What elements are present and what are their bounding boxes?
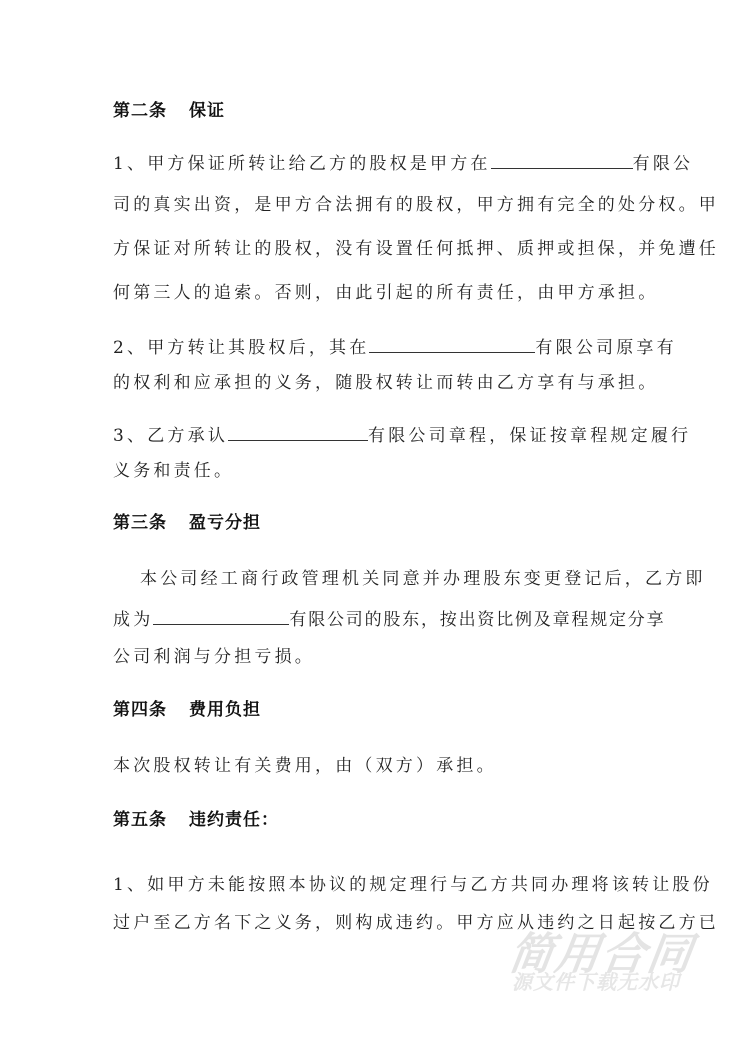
- clause-line: 1、如甲方未能按照本协议的规定理行与乙方共同办理将该转让股份: [113, 874, 631, 896]
- section-title: 盈亏分担: [189, 513, 261, 533]
- section-number: 第二条: [113, 101, 167, 121]
- section-number: 第四条: [113, 700, 167, 720]
- clause-text: 成为: [113, 610, 153, 630]
- clause-text: 2、甲方转让其股权后，其在: [113, 338, 369, 358]
- clause-line: 公司利润与分担亏损。: [113, 646, 631, 668]
- section-heading-3: 第三条盈亏分担: [113, 512, 261, 534]
- fill-in-blank-company[interactable]: [153, 606, 289, 625]
- section-title: 费用负担: [189, 700, 261, 720]
- clause-line: 成为有限公司的股东，按出资比例及章程规定分享: [113, 606, 631, 631]
- clause-line: 1、甲方保证所转让给乙方的股权是甲方在有限公: [113, 150, 631, 175]
- fill-in-blank-company[interactable]: [491, 150, 633, 169]
- clause-text: 有限公司原享有: [535, 338, 676, 358]
- section-title: 违约责任：: [189, 810, 279, 830]
- clause-line: 司的真实出资，是甲方合法拥有的股权，甲方拥有完全的处分权。甲: [113, 194, 631, 216]
- clause-line: 本次股权转让有关费用，由（双方）承担。: [113, 755, 631, 777]
- clause-line: 3、乙方承认有限公司章程，保证按章程规定履行: [113, 422, 631, 447]
- watermark-tagline: 源文件下载无水印: [512, 966, 680, 995]
- document-page: 第二条保证 1、甲方保证所转让给乙方的股权是甲方在有限公 司的真实出资，是甲方合…: [0, 0, 742, 1049]
- clause-line: 2、甲方转让其股权后，其在有限公司原享有: [113, 334, 631, 359]
- clause-line: 义务和责任。: [113, 460, 631, 482]
- fill-in-blank-company[interactable]: [228, 422, 368, 441]
- clause-text: 有限公司章程，保证按章程规定履行: [368, 426, 691, 446]
- clause-text: 3、乙方承认: [113, 426, 228, 446]
- clause-line: 本公司经工商行政管理机关同意并办理股东变更登记后，乙方即: [140, 568, 631, 590]
- clause-text: 1、甲方保证所转让给乙方的股权是甲方在: [113, 154, 491, 174]
- section-number: 第三条: [113, 513, 167, 533]
- clause-text: 有限公司的股东，按出资比例及章程规定分享: [289, 610, 665, 630]
- clause-line: 何第三人的追索。否则，由此引起的所有责任，由甲方承担。: [113, 282, 631, 304]
- clause-text: 有限公: [633, 154, 694, 174]
- section-heading-4: 第四条费用负担: [113, 699, 261, 721]
- section-heading-5: 第五条违约责任：: [113, 809, 279, 831]
- clause-line: 的权利和应承担的义务，随股权转让而转由乙方享有与承担。: [113, 372, 631, 394]
- fill-in-blank-company[interactable]: [369, 334, 535, 353]
- clause-line: 方保证对所转让的股权，没有设置任何抵押、质押或担保，并免遭任: [113, 238, 631, 260]
- section-title: 保证: [189, 101, 225, 121]
- section-number: 第五条: [113, 810, 167, 830]
- section-heading-2: 第二条保证: [113, 100, 225, 122]
